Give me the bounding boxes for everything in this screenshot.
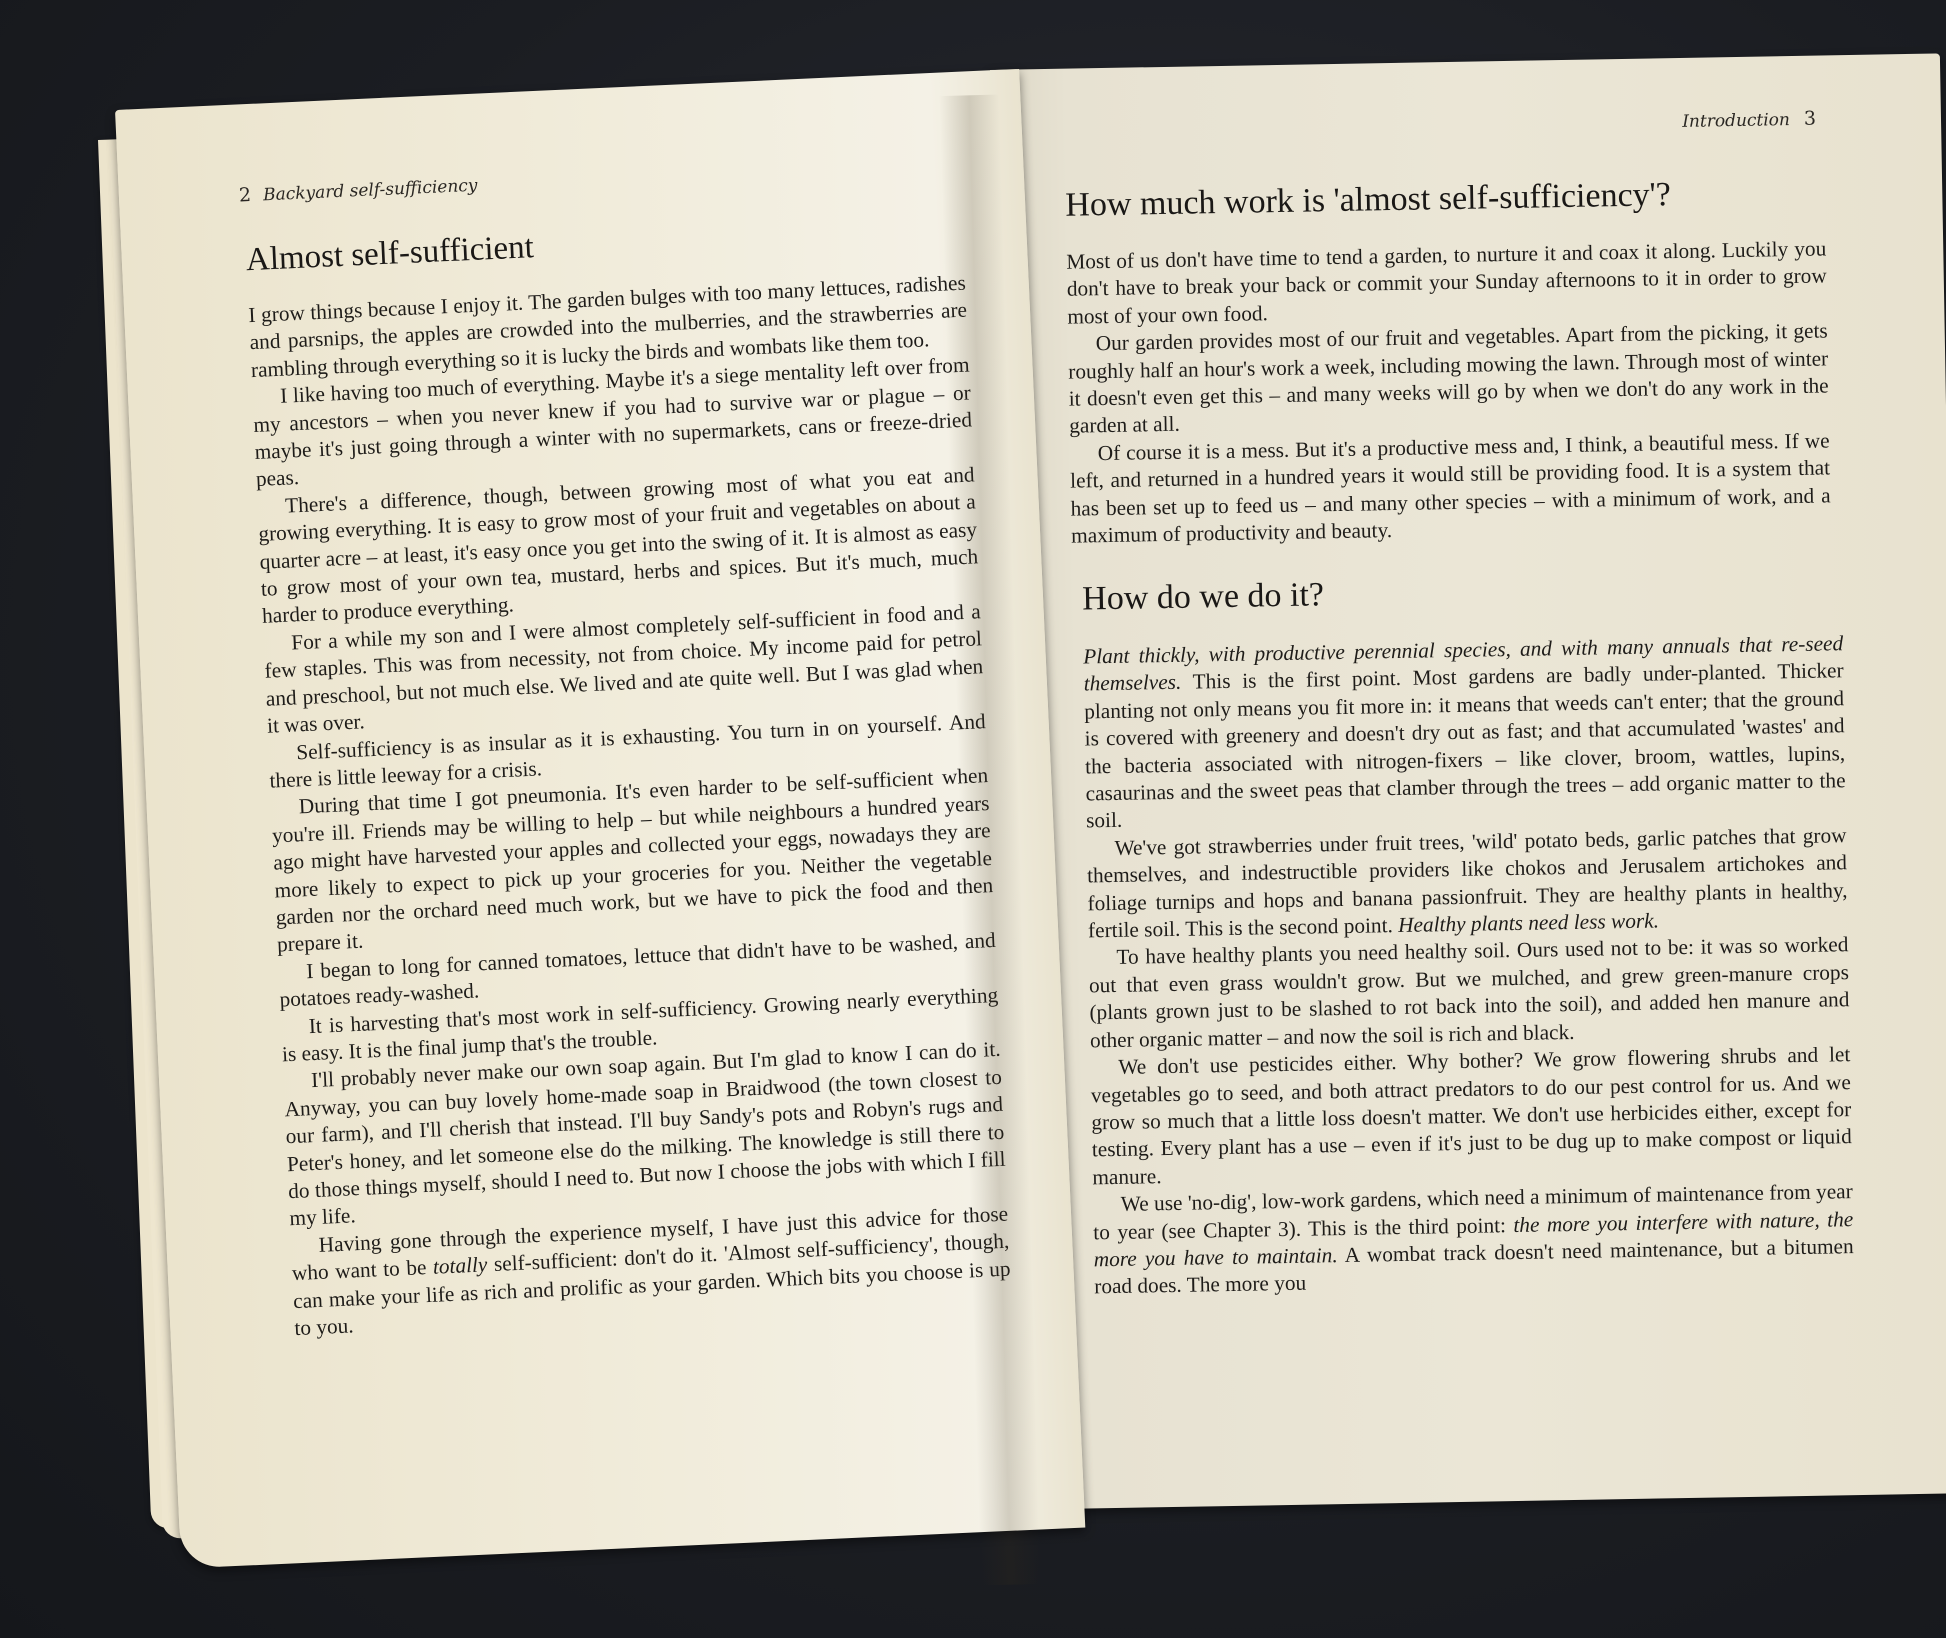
section-body-work: Most of us don't have time to tend a gar… bbox=[1066, 235, 1831, 550]
paragraph: To have healthy plants you need healthy … bbox=[1088, 932, 1850, 1055]
section-heading-how: How do we do it? bbox=[1082, 576, 1324, 618]
section-body-almost: I grow things because I enjoy it. The ga… bbox=[248, 270, 1013, 1343]
section-heading-almost: Almost self-sufficient bbox=[245, 229, 534, 279]
paragraph: We don't use pesticides either. Why both… bbox=[1090, 1041, 1852, 1191]
paragraph: Our garden provides most of our fruit an… bbox=[1068, 318, 1830, 441]
running-head-title: Introduction bbox=[1682, 110, 1790, 132]
section-body-how: Plant thickly, with productive perennial… bbox=[1083, 630, 1854, 1301]
right-running-head: Introduction3 bbox=[1682, 108, 1816, 132]
emphasis-text: Healthy plants need less work. bbox=[1398, 909, 1659, 938]
paragraph: I'll probably never make our own soap ag… bbox=[283, 1036, 1008, 1233]
emphasis-text: totally bbox=[432, 1253, 487, 1279]
paragraph-text: This is the first point. Most gardens ar… bbox=[1084, 659, 1846, 833]
paragraph: Plant thickly, with productive perennial… bbox=[1083, 630, 1846, 835]
right-page: Introduction3 How much work is 'almost s… bbox=[990, 53, 1946, 1509]
left-page: 2Backyard self-sufficiency Almost self-s… bbox=[115, 69, 1085, 1569]
running-head-title: Backyard self-sufficiency bbox=[263, 176, 478, 206]
page-number: 2 bbox=[239, 184, 252, 207]
paragraph: During that time I got pneumonia. It's e… bbox=[270, 762, 995, 959]
paragraph: Most of us don't have time to tend a gar… bbox=[1066, 235, 1827, 330]
paragraph: We've got strawberries under fruit trees… bbox=[1086, 822, 1848, 945]
left-running-head: 2Backyard self-sufficiency bbox=[239, 174, 478, 207]
page-number: 3 bbox=[1804, 108, 1816, 130]
paragraph: We use 'no-dig', low-work gardens, which… bbox=[1093, 1178, 1855, 1301]
section-heading-work: How much work is 'almost self-sufficienc… bbox=[1065, 176, 1671, 225]
paragraph: Of course it is a mess. But it's a produ… bbox=[1069, 427, 1831, 550]
